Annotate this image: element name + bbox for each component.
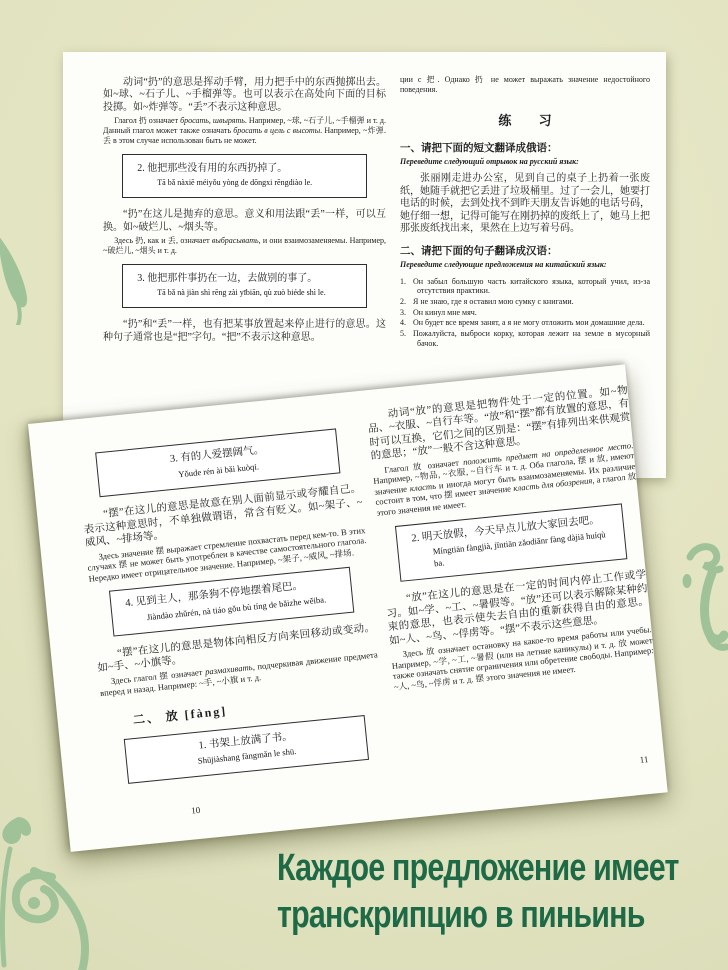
back-page-right-column: ции с 把. Однако 扔 не может выражать знач… (400, 75, 650, 349)
front-page-left-column: 3. 有的人爱摆阔气。Yǒude rén ài bǎi kuòqi.“摆”在这儿… (75, 418, 389, 797)
textbook-page-front: 3. 有的人爱摆阔气。Yǒude rén ài bǎi kuòqi.“摆”在这儿… (28, 364, 668, 851)
ru-paragraph: Здесь 扔, как и 丢, означает выбрасывать, … (103, 236, 386, 255)
example-box: 2. 他把那些没有用的东西扔掉了。Tā bǎ nàxiē méiyǒu yòng… (122, 154, 366, 198)
exercise-instruction-ru: Переведите следующий отрывок на русский … (400, 157, 650, 167)
exercise-list-number: 1. (400, 277, 413, 287)
exercise-list-item: 5.Пожалуйста, выброси корку, которая леж… (400, 329, 650, 348)
example-box-cn: 2. 他把那些没有用的东西扔掉了。 (131, 162, 357, 176)
exercise-instruction-cn: 二、请把下面的句子翻译成汉语： (400, 245, 650, 259)
brush-calligraphy-left-leaf-icon (0, 233, 40, 325)
cn-paragraph: “扔”和“丢”一样，也有把某事放置起来停止进行的意思。这种句子通常也是“把”字句… (103, 319, 386, 344)
example-box: 2. 明天放假，今天早点儿放大家回去吧。Míngtiān fàngjià, jī… (395, 503, 627, 582)
exercise-list-item: 1.Он забыл большую часть китайского язык… (400, 277, 650, 296)
caption-line-2: транскрипцию в пиньинь (277, 892, 679, 939)
exercise-instruction-ru: Переведите следующие предложения на кита… (400, 260, 650, 270)
exercise-list-item: 3.Он кинул мне мяч. (400, 308, 650, 318)
exercises-heading: 练 习 (400, 110, 650, 129)
exercise-list-number: 2. (400, 297, 413, 307)
example-box-pinyin: Tā bǎ nà jiàn shì rēng zài yībiān, qù zu… (131, 286, 357, 299)
example-box: 1. 书架上放满了书。Shūjiàshang fàngmǎn le shū. (124, 715, 369, 784)
back-page-left-column: 动词“扔”的意思是挥动手臂，用力把手中的东西抛掷出去。如~球、~石子儿、~手榴弹… (103, 77, 386, 346)
exercise-list-number: 5. (400, 329, 413, 339)
cn-paragraph: 张丽刚走进办公室，见到自己的桌子上扔着一张废纸，她随手就把它丢进了垃圾桶里。过了… (400, 173, 650, 235)
page-number-10: 10 (191, 805, 201, 816)
caption-line-1: Каждое предложение имеет (277, 845, 679, 892)
marketing-caption: Каждое предложение имеет транскрипцию в … (277, 845, 679, 939)
example-box: 3. 他把那件事扔在一边，去做别的事了。Tā bǎ nà jiàn shì rē… (122, 264, 366, 308)
ru-paragraph-continued: ции с 把. Однако 扔 не может выражать знач… (400, 75, 650, 94)
ru-paragraph: Глагол 扔 означает бросать, швырять. Напр… (103, 116, 386, 145)
exercise-list: 1.Он забыл большую часть китайского язык… (400, 277, 650, 349)
cn-paragraph: “扔”在这儿是抛弃的意思。意义和用法跟“丢”一样，可以互换。如~破烂儿、~烟头等… (103, 209, 386, 234)
photo-background: 动词“扔”的意思是挥动手臂，用力把手中的东西抛掷出去。如~球、~石子儿、~手榴弹… (0, 0, 728, 970)
exercise-list-item: 4.Он будет все время занят, а я не могу … (400, 318, 650, 328)
example-box-cn: 3. 他把那件事扔在一边，去做别的事了。 (131, 272, 357, 286)
exercise-list-number: 3. (400, 308, 413, 318)
page-number-11: 11 (639, 754, 649, 765)
exercise-instruction-cn: 一、请把下面的短文翻译成俄语： (400, 142, 650, 156)
cn-paragraph: 动词“扔”的意思是挥动手臂，用力把手中的东西抛掷出去。如~球、~石子儿、~手榴弹… (103, 77, 386, 114)
brush-calligraphy-right-character-icon (682, 543, 728, 658)
exercise-list-item: 2.Я не знаю, где я оставил мою сумку с к… (400, 297, 650, 307)
front-page-right-column: 动词“放”的意思是把物件处于一定的位置。如~物品、~衣服、~自行车等。“放”和“… (366, 384, 656, 699)
example-box-pinyin: Tā bǎ nàxiē méiyǒu yòng de dōngxi rēngdi… (131, 176, 357, 189)
exercise-list-number: 4. (400, 318, 413, 328)
